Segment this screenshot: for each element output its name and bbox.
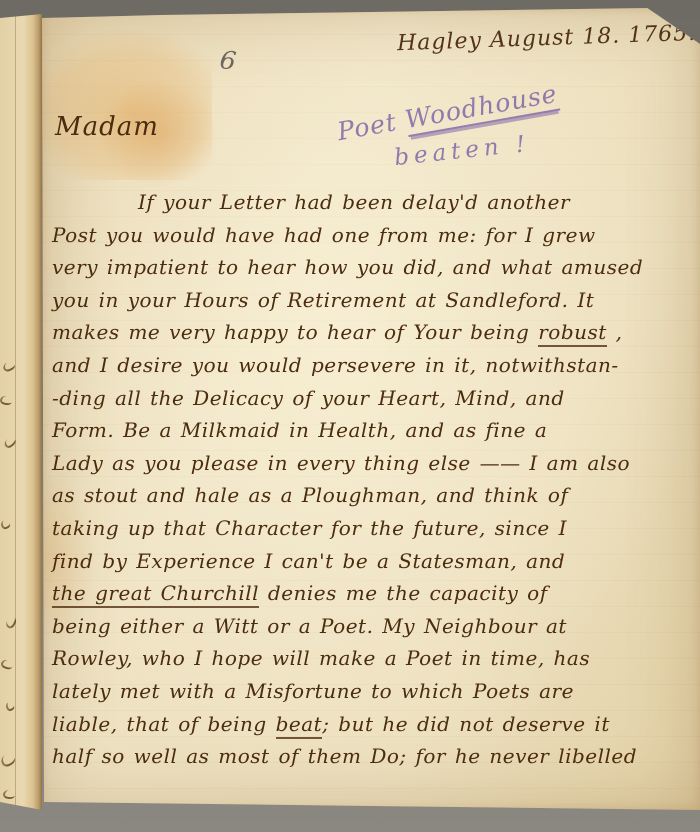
line-text: liable, that of being xyxy=(52,712,276,736)
line-text: Post you would have had one from me: for… xyxy=(52,223,596,247)
line-text: , xyxy=(607,320,623,344)
ink-showthrough-mark xyxy=(0,395,13,406)
line-text: very impatient to hear how you did, and … xyxy=(52,255,643,279)
manuscript-line: very impatient to hear how you did, and … xyxy=(52,251,698,284)
ink-showthrough-mark xyxy=(0,658,14,670)
line-text: denies me the capacity of xyxy=(259,581,548,605)
manuscript-line: and I desire you would persevere in it, … xyxy=(52,349,698,382)
line-text: being either a Witt or a Poet. My Neighb… xyxy=(52,614,567,638)
manuscript-line: -ding all the Delicacy of your Heart, Mi… xyxy=(52,382,698,415)
manuscript-line: taking up that Character for the future,… xyxy=(52,512,698,545)
ink-showthrough-mark xyxy=(3,789,16,799)
adjacent-leaf-edge xyxy=(0,14,42,810)
line-text: Lady as you please in every thing else —… xyxy=(52,451,630,475)
line-text: lately met with a Misfortune to which Po… xyxy=(52,679,574,703)
line-text: ; but he did not deserve it xyxy=(322,712,610,736)
manuscript-line: as stout and hale as a Ploughman, and th… xyxy=(52,479,698,512)
underlined-word: the great Churchill xyxy=(52,581,259,608)
stain xyxy=(42,30,212,180)
letter-body: If your Letter had been delay'd another … xyxy=(52,186,698,773)
manuscript-line: Lady as you please in every thing else —… xyxy=(52,447,698,480)
manuscript-line: If your Letter had been delay'd another xyxy=(52,186,698,219)
manuscript-line: Post you would have had one from me: for… xyxy=(52,219,698,252)
manuscript-line: makes me very happy to hear of Your bein… xyxy=(52,316,698,349)
underlined-word: beat xyxy=(276,712,323,739)
manuscript-line: find by Experience I can't be a Statesma… xyxy=(52,545,698,578)
line-text: -ding all the Delicacy of your Heart, Mi… xyxy=(52,386,565,410)
line-text: you in your Hours of Retirement at Sandl… xyxy=(52,288,594,312)
manuscript-line: the great Churchill denies me the capaci… xyxy=(52,577,698,610)
manuscript-line: you in your Hours of Retirement at Sandl… xyxy=(52,284,698,317)
underlined-word: robust xyxy=(538,320,607,347)
manuscript-photo: { "letter": { "dateline": "Hagley August… xyxy=(0,0,700,832)
curator-annotation-line2: beaten ! xyxy=(393,131,531,171)
line-text: taking up that Character for the future,… xyxy=(52,516,567,540)
manuscript-line: Form. Be a Milkmaid in Health, and as fi… xyxy=(52,414,698,447)
annotation-underlined-word: Woodhouse xyxy=(403,79,560,137)
salutation: Madam xyxy=(55,112,159,142)
manuscript-line: lately met with a Misfortune to which Po… xyxy=(52,675,698,708)
line-text: Rowley, who I hope will make a Poet in t… xyxy=(52,646,590,670)
manuscript-line: half so well as most of them Do; for he … xyxy=(52,740,698,773)
line-text: as stout and hale as a Ploughman, and th… xyxy=(52,483,568,507)
leaf-fold-line xyxy=(15,14,16,810)
manuscript-line: liable, that of being beat; but he did n… xyxy=(52,708,698,741)
line-text: half so well as most of them Do; for he … xyxy=(52,744,637,768)
line-text: makes me very happy to hear of Your bein… xyxy=(52,320,538,344)
manuscript-line: being either a Witt or a Poet. My Neighb… xyxy=(52,610,698,643)
dateline: Hagley August 18. 1765. xyxy=(396,21,696,56)
line-text: find by Experience I can't be a Statesma… xyxy=(52,549,565,573)
line-text: and I desire you would persevere in it, … xyxy=(52,353,619,377)
page-number-pencil: 6 xyxy=(218,45,238,76)
annotation-text: Poet xyxy=(335,106,408,146)
letter-page: Hagley August 18. 1765. 6 Poet Woodhouse… xyxy=(42,8,700,810)
ink-showthrough-mark xyxy=(0,519,11,531)
line-text: Form. Be a Milkmaid in Health, and as fi… xyxy=(52,418,547,442)
line-text: If your Letter had been delay'd another xyxy=(138,190,570,214)
ink-showthrough-mark xyxy=(5,701,16,712)
manuscript-line: Rowley, who I hope will make a Poet in t… xyxy=(52,642,698,675)
